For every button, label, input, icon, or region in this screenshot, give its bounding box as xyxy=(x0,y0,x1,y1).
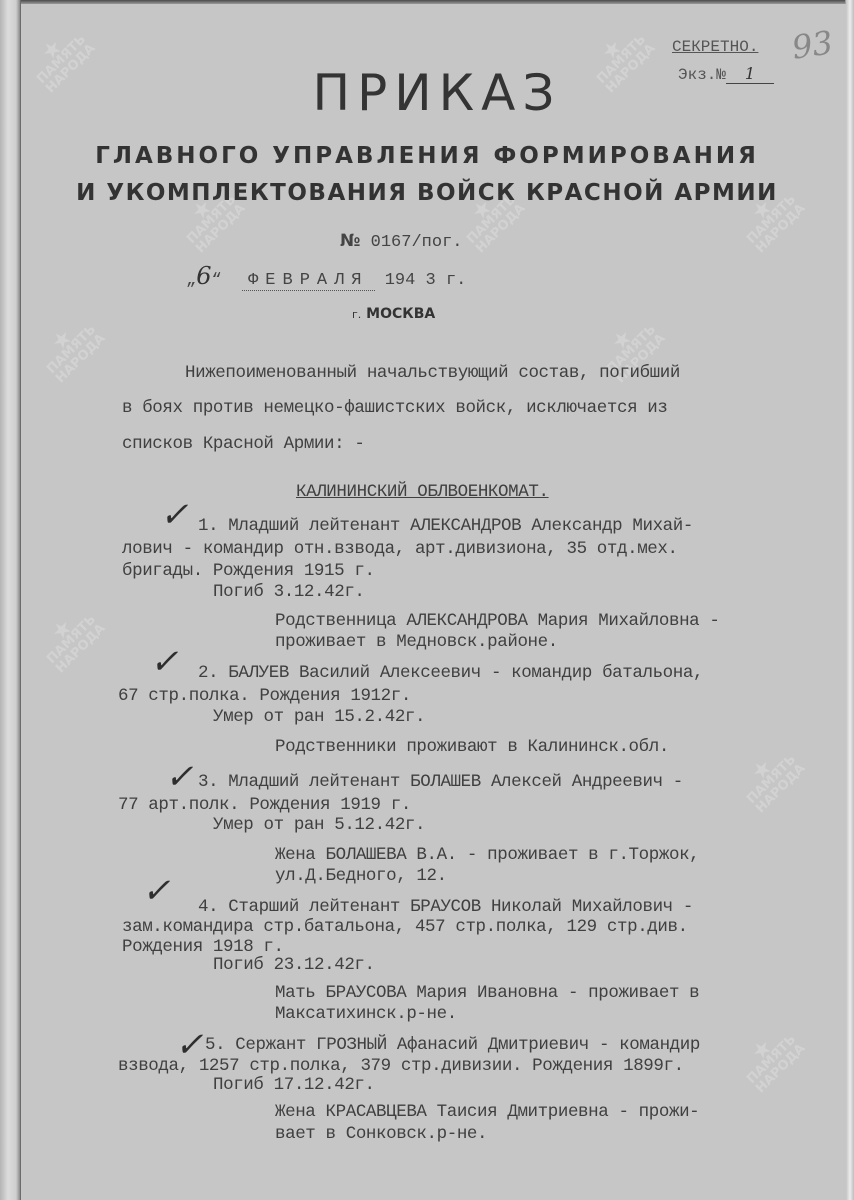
entry-line: 5. Сержант ГРОЗНЫЙ Афанасий Дмитриевич -… xyxy=(205,1035,700,1055)
entry-line: Рождения 1918 г. xyxy=(122,937,284,957)
subtitle-line-2: И УКОМПЛЕКТОВАНИЯ ВОЙСК КРАСНОЙ АРМИИ xyxy=(0,180,854,206)
intro-line: в боях против немецко-фашистских войск, … xyxy=(122,398,668,418)
check-mark-icon: ✓ xyxy=(165,760,194,794)
relative-line: проживает в Медновск.районе. xyxy=(275,632,558,652)
archive-page-number: 93 xyxy=(790,23,836,66)
relative-line: ул.Д.Бедного, 12. xyxy=(275,866,447,886)
relative-line: Родственница АЛЕКСАНДРОВА Мария Михайлов… xyxy=(275,611,719,631)
relative-line: Жена КРАСАВЦЕВА Таисия Дмитриевна - прож… xyxy=(275,1102,699,1122)
entry-line: бригады. Рождения 1915 г. xyxy=(122,561,375,581)
order-date: „6“ ФЕВРАЛЯ 194 3 г. xyxy=(186,262,466,290)
check-mark-icon: ✓ xyxy=(150,645,179,679)
date-year-prefix: 194 xyxy=(385,271,416,290)
entry-line: Умер от ран 5.12.42г. xyxy=(213,815,425,835)
date-year-suffix: 3 xyxy=(426,271,436,290)
city: г. МОСКВА xyxy=(352,306,435,322)
entry-line: зам.командира стр.батальона, 457 стр.пол… xyxy=(122,917,688,937)
relative-line: Жена БОЛАШЕВА В.А. - проживает в г.Торжо… xyxy=(275,845,699,865)
entry-line: 77 арт.полк. Рождения 1919 г. xyxy=(118,795,411,815)
quote-close: “ xyxy=(211,271,221,290)
entry-line: Умер от ран 15.2.42г. xyxy=(213,707,425,727)
order-number: № 0167/пог. xyxy=(340,231,462,252)
entry-line: Погиб 23.12.42г. xyxy=(213,955,375,975)
date-year-unit: г. xyxy=(446,271,466,290)
number-symbol: № xyxy=(340,231,360,251)
city-prefix: г. xyxy=(352,308,361,321)
date-day: 6 xyxy=(196,262,211,290)
entry-line: 2. БАЛУЕВ Василий Алексеевич - командир … xyxy=(198,663,703,683)
relative-line: Родственники проживают в Калининск.обл. xyxy=(275,737,669,757)
check-mark-icon: ✓ xyxy=(160,498,189,532)
relative-line: Максатихинск.р-не. xyxy=(275,1004,457,1024)
entry-line: 67 стр.полка. Рождения 1912г. xyxy=(118,686,411,706)
relative-line: Мать БРАУСОВА Мария Ивановна - проживает… xyxy=(275,983,699,1003)
entry-line: взвода, 1257 стр.полка, 379 стр.дивизии.… xyxy=(118,1056,684,1076)
city-name: МОСКВА xyxy=(366,306,435,322)
section-heading: КАЛИНИНСКИЙ ОБЛВОЕНКОМАТ. xyxy=(296,482,549,502)
entry-line: 1. Младший лейтенант АЛЕКСАНДРОВ Алексан… xyxy=(198,516,693,536)
date-month: ФЕВРАЛЯ xyxy=(242,271,374,291)
intro-line: списков Красной Армии: - xyxy=(122,434,364,454)
check-mark-icon: ✓ xyxy=(142,874,171,908)
document-title: ПРИКАЗ xyxy=(0,64,854,122)
entry-line: Погиб 17.12.42г. xyxy=(213,1075,375,1095)
quote-open: „ xyxy=(186,271,196,290)
classification-label: СЕКРЕТНО. xyxy=(672,38,774,56)
entry-line: лович - командир отн.взвода, арт.дивизио… xyxy=(122,539,678,559)
order-number-value: 0167/пог. xyxy=(371,233,463,252)
intro-line: Нижепоименованный начальствующий состав,… xyxy=(185,363,680,383)
entry-line: 4. Старший лейтенант БРАУСОВ Николай Мих… xyxy=(198,897,693,917)
entry-line: Погиб 3.12.42г. xyxy=(213,582,365,602)
subtitle-line-1: ГЛАВНОГО УПРАВЛЕНИЯ ФОРМИРОВАНИЯ xyxy=(0,143,854,169)
entry-line: 3. Младший лейтенант БОЛАШЕВ Алексей Анд… xyxy=(198,772,683,792)
relative-line: вает в Сонковск.р-не. xyxy=(275,1124,487,1144)
